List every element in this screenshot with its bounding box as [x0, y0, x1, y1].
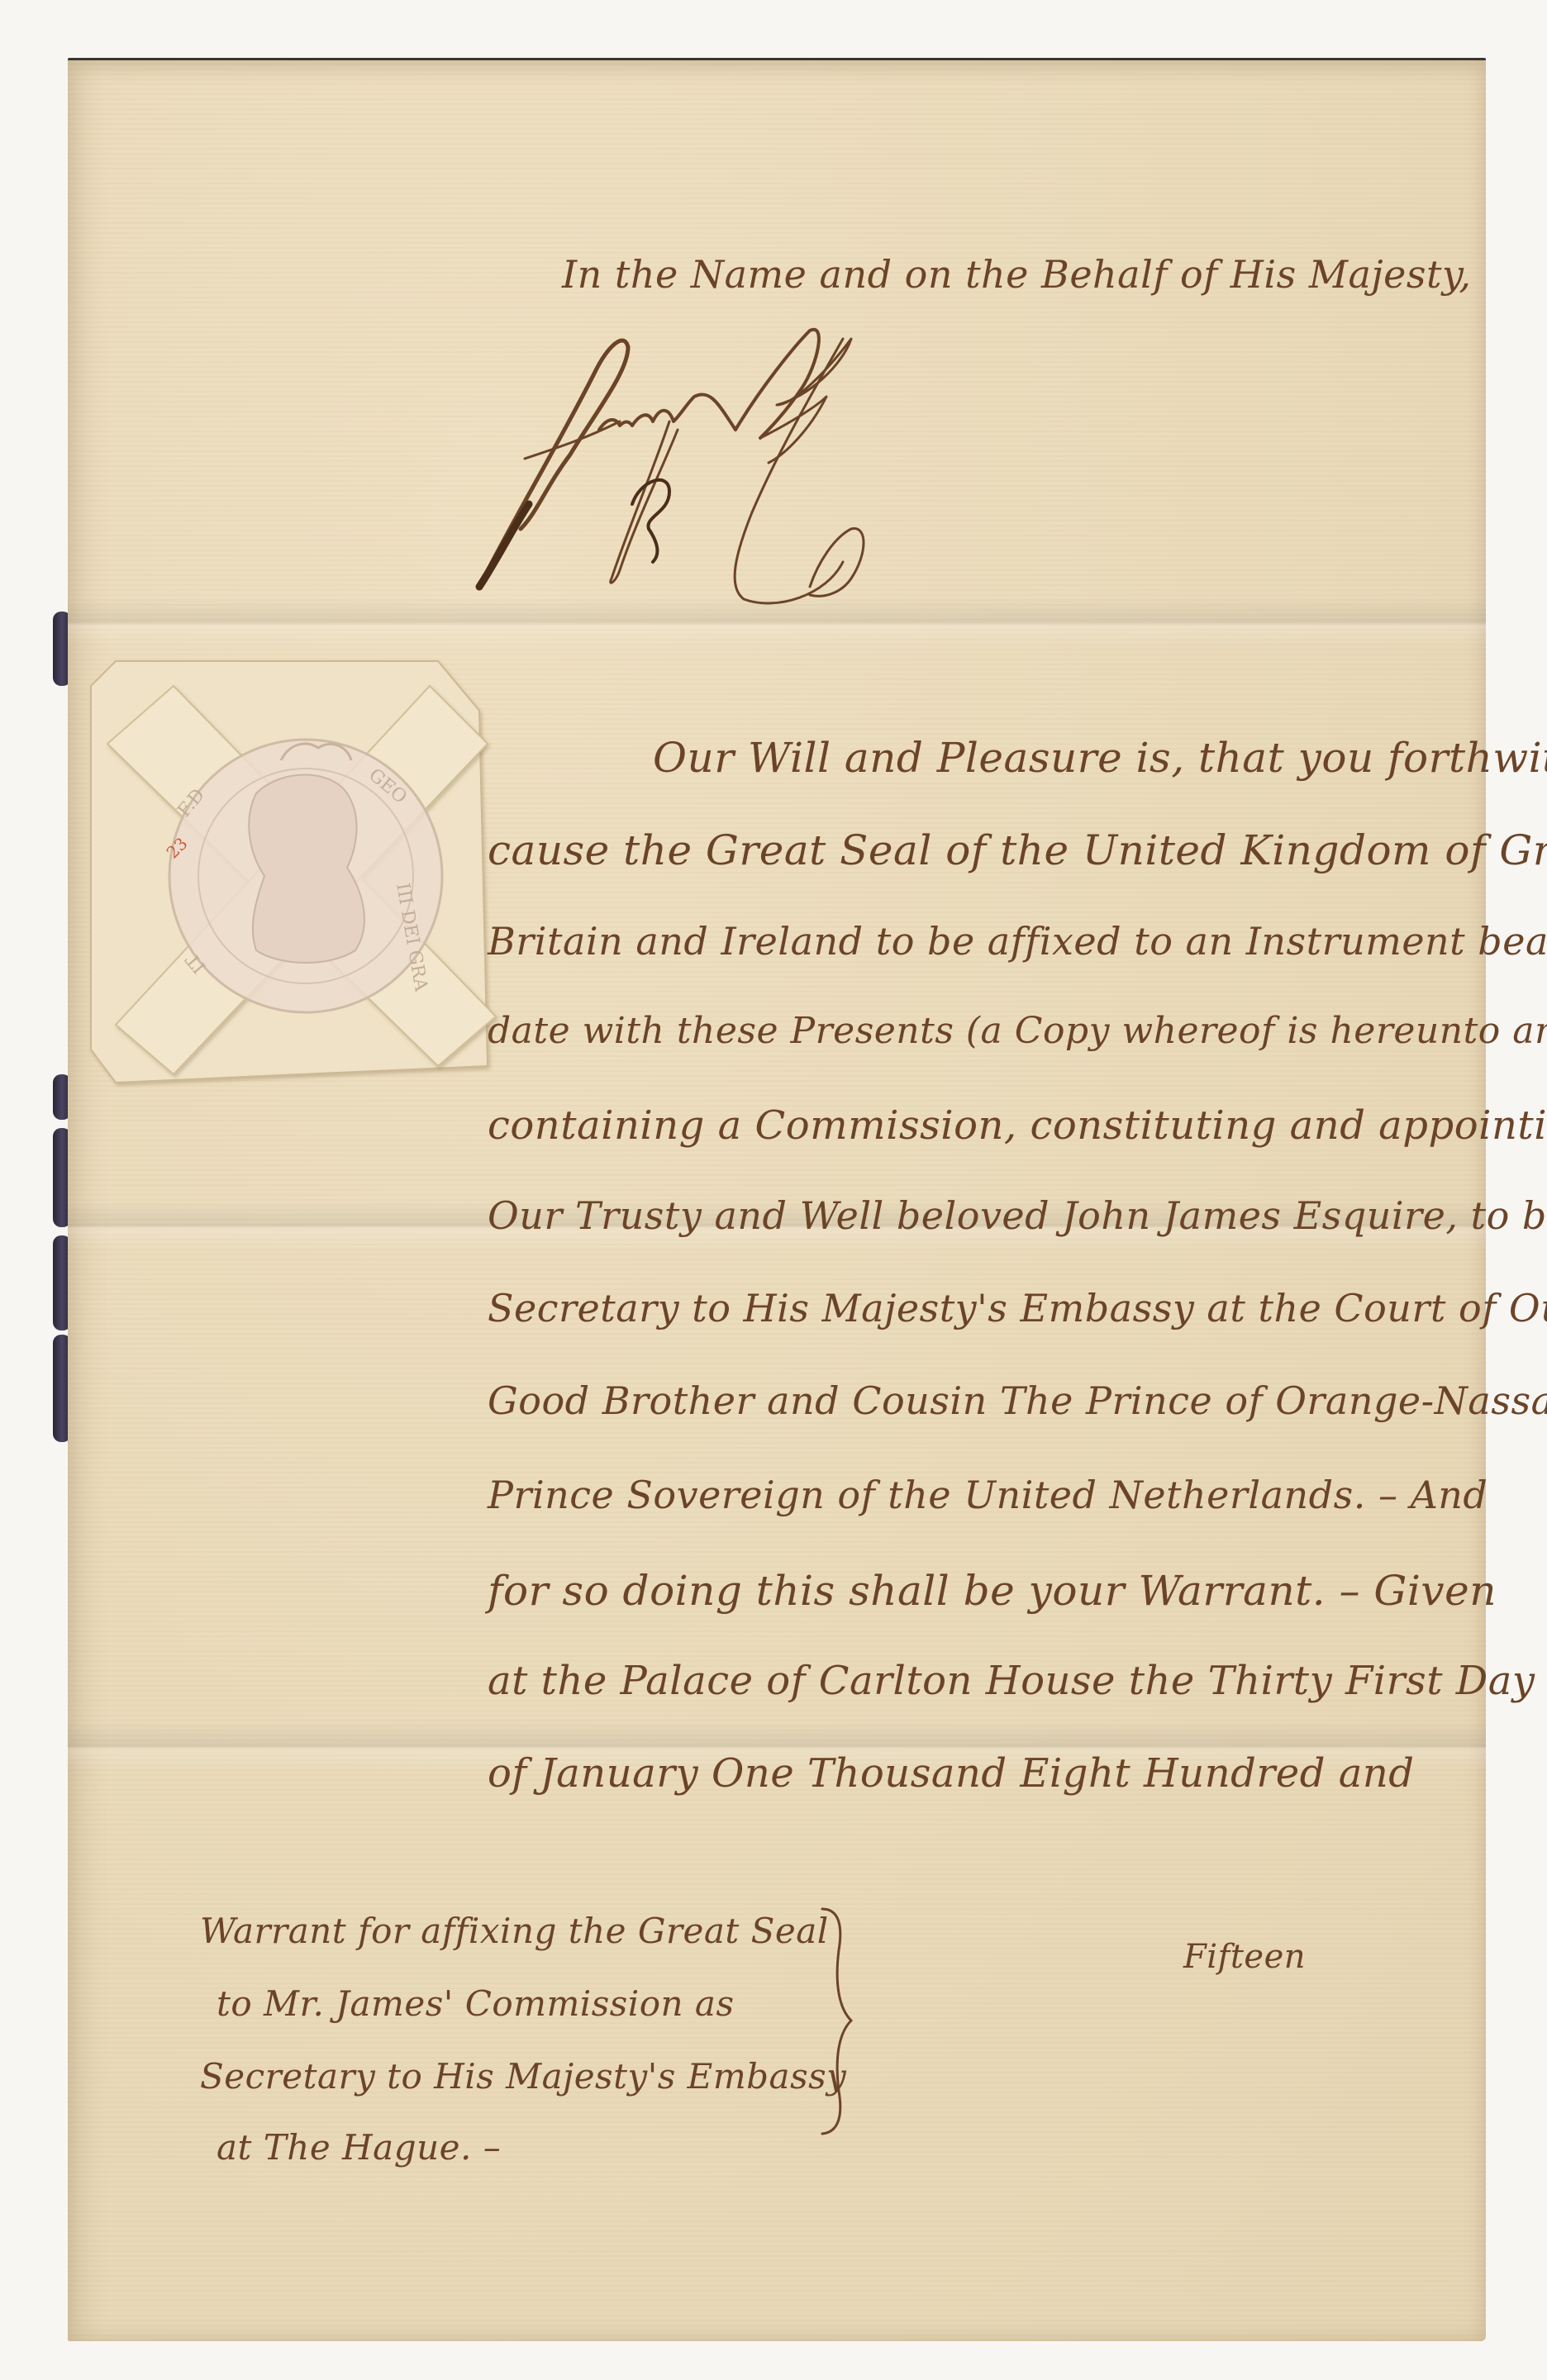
body-line-2: cause the Great Seal of the United Kingd…	[488, 826, 1547, 874]
embossed-great-seal: GEO III DEI GRA F.D IT 23	[83, 653, 512, 1091]
endorsement-line-3: Secretary to His Majesty's Embassy	[200, 2056, 846, 2097]
body-line-7: Secretary to His Majesty's Embassy at th…	[488, 1286, 1547, 1330]
endorsement-line-4: at The Hague. –	[217, 2127, 501, 2168]
body-line-3: Britain and Ireland to be affixed to an …	[488, 919, 1547, 964]
scanned-document: In the Name and on the Behalf of His Maj…	[0, 0, 1547, 2380]
royal-signature	[463, 314, 1124, 620]
body-line-4: date with these Presents (a Copy whereof…	[488, 1010, 1547, 1052]
endorsement-line-2: to Mr. James' Commission as	[217, 1983, 735, 2024]
endorsement-bracket	[814, 1901, 864, 2140]
warrant-heading: In the Name and on the Behalf of His Maj…	[562, 252, 1471, 297]
body-line-9: Prince Sovereign of the United Netherlan…	[488, 1473, 1487, 1517]
body-line-5: containing a Commission, constituting an…	[488, 1102, 1547, 1149]
body-line-11: at the Palace of Carlton House the Thirt…	[488, 1658, 1535, 1704]
year-continuation: Fifteen	[1183, 1938, 1306, 1976]
endorsement-line-1: Warrant for affixing the Great Seal	[200, 1911, 829, 1951]
body-line-10: for so doing this shall be your Warrant.…	[488, 1567, 1497, 1615]
body-line-6: Our Trusty and Well beloved John James E…	[488, 1193, 1547, 1238]
body-line-12: of January One Thousand Eight Hundred an…	[488, 1750, 1414, 1797]
body-line-1: Our Will and Pleasure is, that you forth…	[653, 734, 1547, 782]
body-line-8: Good Brother and Cousin The Prince of Or…	[488, 1378, 1547, 1423]
